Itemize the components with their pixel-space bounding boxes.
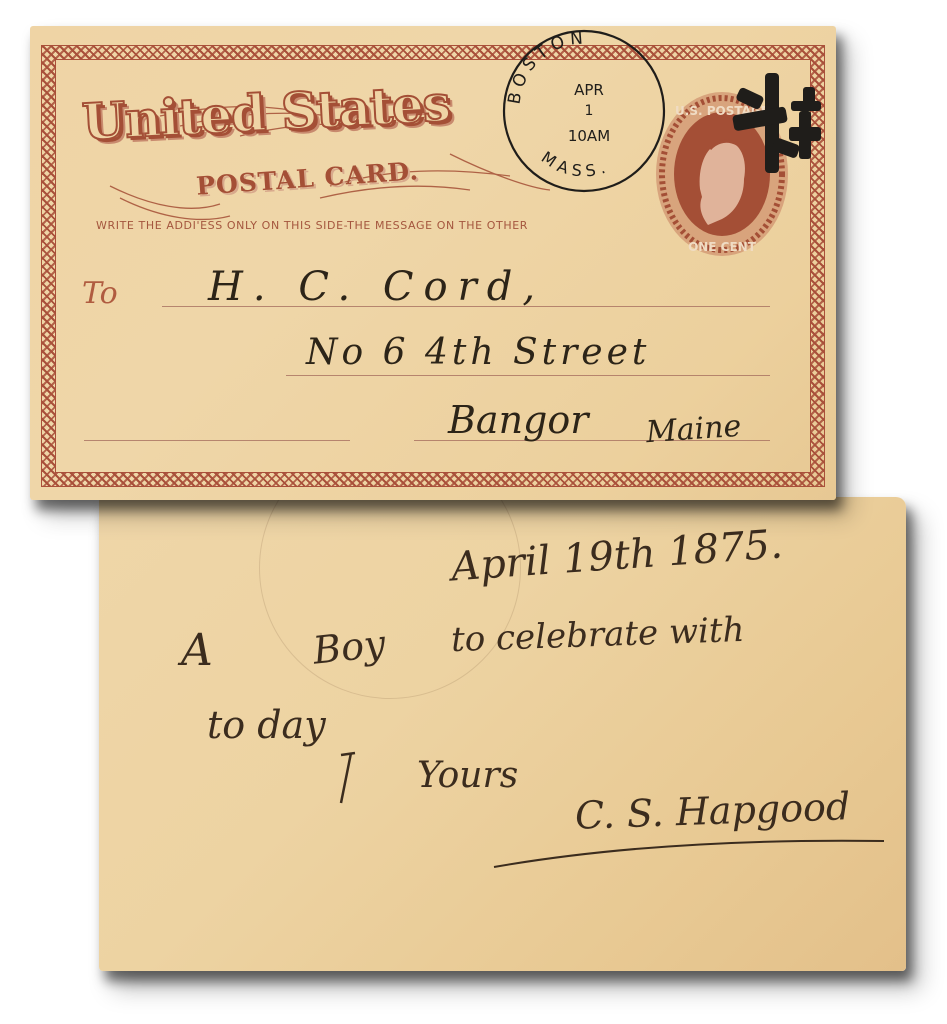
recipient-city: Bangor: [448, 398, 588, 442]
message-word-a: A: [181, 625, 213, 676]
postcard-front: United States POSTAL CARD. WRITE THE ADD…: [30, 26, 836, 500]
signature-underline: [489, 827, 889, 877]
svg-text:ONE CENT: ONE CENT: [688, 240, 757, 254]
address-instruction: WRITE THE ADDI'ESS ONLY ON THIS SIDE-THE…: [96, 219, 528, 232]
address-rule-3a: [84, 440, 350, 441]
postcard-back: April 19th 1875. A Boy to celebrate with…: [99, 497, 906, 971]
recipient-street: No 6 4th Street: [306, 332, 650, 373]
postmark-day: 1: [585, 103, 594, 119]
postmark-time: 10AM: [568, 127, 610, 145]
message-line2: to day: [207, 703, 326, 747]
cork-cancel-icon: [729, 71, 829, 176]
boston-postmark: BOSTON APR 1 10AM MASS.: [499, 25, 669, 197]
message-word-boy: Boy: [311, 621, 387, 672]
postmark-state: MASS.: [538, 147, 612, 180]
closing-flourish: [321, 743, 381, 813]
recipient-state: Maine: [645, 409, 742, 451]
to-label: To: [82, 276, 118, 311]
recipient-name: H. C. Cord,: [208, 264, 545, 310]
message-closing: Yours: [417, 755, 518, 796]
postmark-month: APR: [574, 81, 604, 99]
svg-text:MASS.: MASS.: [538, 147, 612, 180]
address-rule-2: [286, 375, 770, 376]
